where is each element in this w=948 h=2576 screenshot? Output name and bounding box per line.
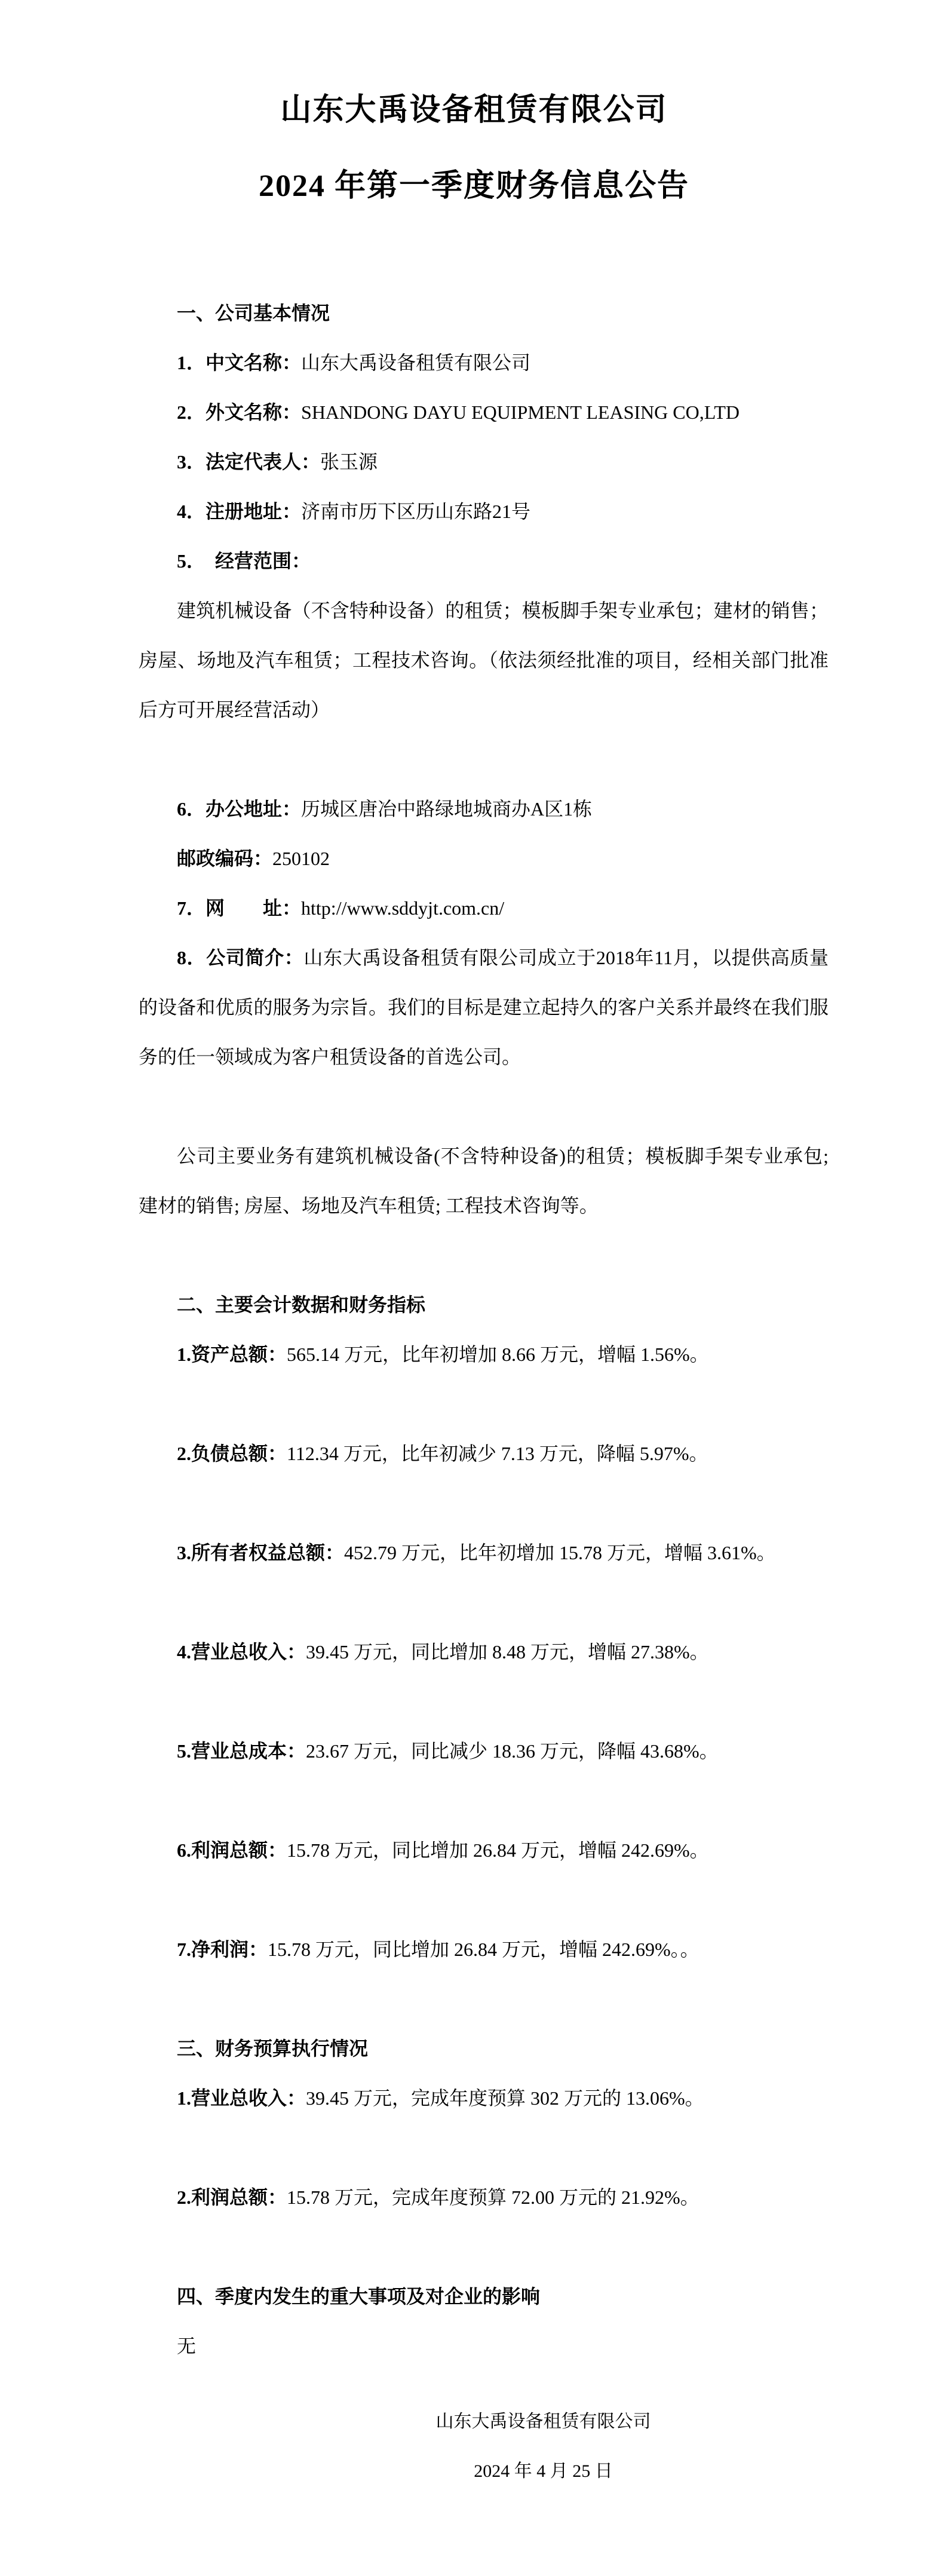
signature-block: 山东大禹设备租赁有限公司 2024 年 4 月 25 日: [198, 2397, 888, 2496]
paragraph: 无: [139, 2322, 829, 2371]
paragraph: 7.净利润：15.78 万元，同比增加 26.84 万元，增幅 242.69%。…: [139, 1925, 829, 2024]
paragraph-label: 邮政编码：: [177, 848, 272, 869]
paragraph: 2.利润总额：15.78 万元，完成年度预算 72.00 万元的 21.92%。: [139, 2173, 829, 2272]
paragraph-text: 15.78 万元，同比增加 26.84 万元，增幅 242.69%。: [287, 1839, 709, 1861]
paragraph-label: 5． 经营范围：: [177, 550, 311, 572]
paragraph-text: 112.34 万元，比年初减少 7.13 万元，降幅 5.97%。: [287, 1443, 708, 1464]
paragraph-text: 452.79 万元，比年初增加 15.78 万元，增幅 3.61%。: [344, 1542, 776, 1563]
paragraph-label: 4.营业总收入：: [177, 1641, 306, 1663]
signature-date: 2024 年 4 月 25 日: [198, 2446, 888, 2496]
paragraph-label: 7．网 址：: [177, 897, 301, 919]
paragraph-text: SHANDONG DAYU EQUIPMENT LEASING CO,LTD: [301, 401, 740, 423]
paragraph: 3.所有者权益总额：452.79 万元，比年初增加 15.78 万元，增幅 3.…: [139, 1528, 829, 1627]
document-body: 一、公司基本情况1．中文名称：山东大禹设备租赁有限公司2．外文名称：SHANDO…: [139, 203, 829, 2371]
paragraph: 1．中文名称：山东大禹设备租赁有限公司: [139, 338, 829, 388]
paragraph: 邮政编码：250102: [139, 834, 829, 884]
paragraph-text: 565.14 万元，比年初增加 8.66 万元，增幅 1.56%。: [287, 1344, 709, 1365]
signature-company: 山东大禹设备租赁有限公司: [198, 2397, 888, 2446]
paragraph-label: 5.营业总成本：: [177, 1740, 306, 1762]
paragraph-label: 6.利润总额：: [177, 1839, 287, 1861]
paragraph: 5.营业总成本：23.67 万元，同比减少 18.36 万元，降幅 43.68%…: [139, 1726, 829, 1826]
document-title-line1: 山东大禹设备租赁有限公司: [0, 0, 948, 127]
paragraph: 5． 经营范围：: [139, 536, 829, 586]
section-heading: 二、主要会计数据和财务指标: [139, 1280, 829, 1330]
paragraph: 8．公司简介：山东大禹设备租赁有限公司成立于2018年11月，以提供高质量的设备…: [139, 933, 829, 1131]
paragraph-text: 15.78 万元，同比增加 26.84 万元，增幅 242.69%。。: [268, 1939, 700, 1960]
paragraph-text: 23.67 万元，同比减少 18.36 万元，降幅 43.68%。: [306, 1740, 719, 1762]
section-heading: 一、公司基本情况: [139, 289, 829, 338]
paragraph-label: 1．中文名称：: [177, 352, 301, 373]
paragraph-label: 7.净利润：: [177, 1939, 268, 1960]
paragraph: 7．网 址：http://www.sddyjt.com.cn/: [139, 884, 829, 933]
paragraph-text: 张玉源: [320, 451, 378, 473]
document-title-line2: 2024 年第一季度财务信息公告: [0, 169, 948, 203]
paragraph: 6．办公地址：历城区唐冶中路绿地城商办A区1栋: [139, 784, 829, 834]
paragraph-label: 1.营业总收入：: [177, 2087, 306, 2109]
paragraph: 2．外文名称：SHANDONG DAYU EQUIPMENT LEASING C…: [139, 388, 829, 437]
paragraph-text: 39.45 万元，完成年度预算 302 万元的 13.06%。: [306, 2087, 704, 2109]
paragraph: 1.资产总额：565.14 万元，比年初增加 8.66 万元，增幅 1.56%。: [139, 1330, 829, 1429]
paragraph-label: 3．法定代表人：: [177, 451, 320, 473]
paragraph-label: 2．外文名称：: [177, 401, 301, 423]
paragraph-label: 6．办公地址：: [177, 798, 301, 820]
paragraph: 3．法定代表人：张玉源: [139, 437, 829, 487]
paragraph: 2.负债总额：112.34 万元，比年初减少 7.13 万元，降幅 5.97%。: [139, 1429, 829, 1528]
paragraph-text: 历城区唐冶中路绿地城商办A区1栋: [301, 798, 592, 820]
paragraph-text: 39.45 万元，同比增加 8.48 万元，增幅 27.38%。: [306, 1641, 709, 1663]
paragraph: 4.营业总收入：39.45 万元，同比增加 8.48 万元，增幅 27.38%。: [139, 1627, 829, 1726]
paragraph: 1.营业总收入：39.45 万元，完成年度预算 302 万元的 13.06%。: [139, 2074, 829, 2173]
paragraph: 公司主要业务有建筑机械设备(不含特种设备)的租赁；模板脚手架专业承包; 建材的销…: [139, 1131, 829, 1280]
paragraph: 4．注册地址：济南市历下区历山东路21号: [139, 487, 829, 536]
paragraph: 6.利润总额：15.78 万元，同比增加 26.84 万元，增幅 242.69%…: [139, 1826, 829, 1925]
paragraph: 建筑机械设备（不含特种设备）的租赁；模板脚手架专业承包；建材的销售；房屋、场地及…: [139, 586, 829, 784]
paragraph-label: 4．注册地址：: [177, 501, 301, 522]
paragraph-text: 山东大禹设备租赁有限公司: [301, 352, 530, 373]
paragraph-text: 250102: [272, 848, 330, 869]
paragraph-label: 2.利润总额：: [177, 2186, 287, 2208]
paragraph-label: 2.负债总额：: [177, 1443, 287, 1464]
paragraph-text: http://www.sddyjt.com.cn/: [301, 897, 504, 919]
document-page: 山东大禹设备租赁有限公司 2024 年第一季度财务信息公告 一、公司基本情况1．…: [0, 0, 948, 2576]
paragraph-text: 济南市历下区历山东路21号: [301, 501, 530, 522]
section-heading: 三、财务预算执行情况: [139, 2024, 829, 2074]
paragraph-label: 8．公司简介：: [177, 947, 303, 968]
paragraph-label: 3.所有者权益总额：: [177, 1542, 344, 1563]
section-heading: 四、季度内发生的重大事项及对企业的影响: [139, 2272, 829, 2322]
paragraph-text: 15.78 万元，完成年度预算 72.00 万元的 21.92%。: [287, 2186, 700, 2208]
paragraph-label: 1.资产总额：: [177, 1344, 287, 1365]
